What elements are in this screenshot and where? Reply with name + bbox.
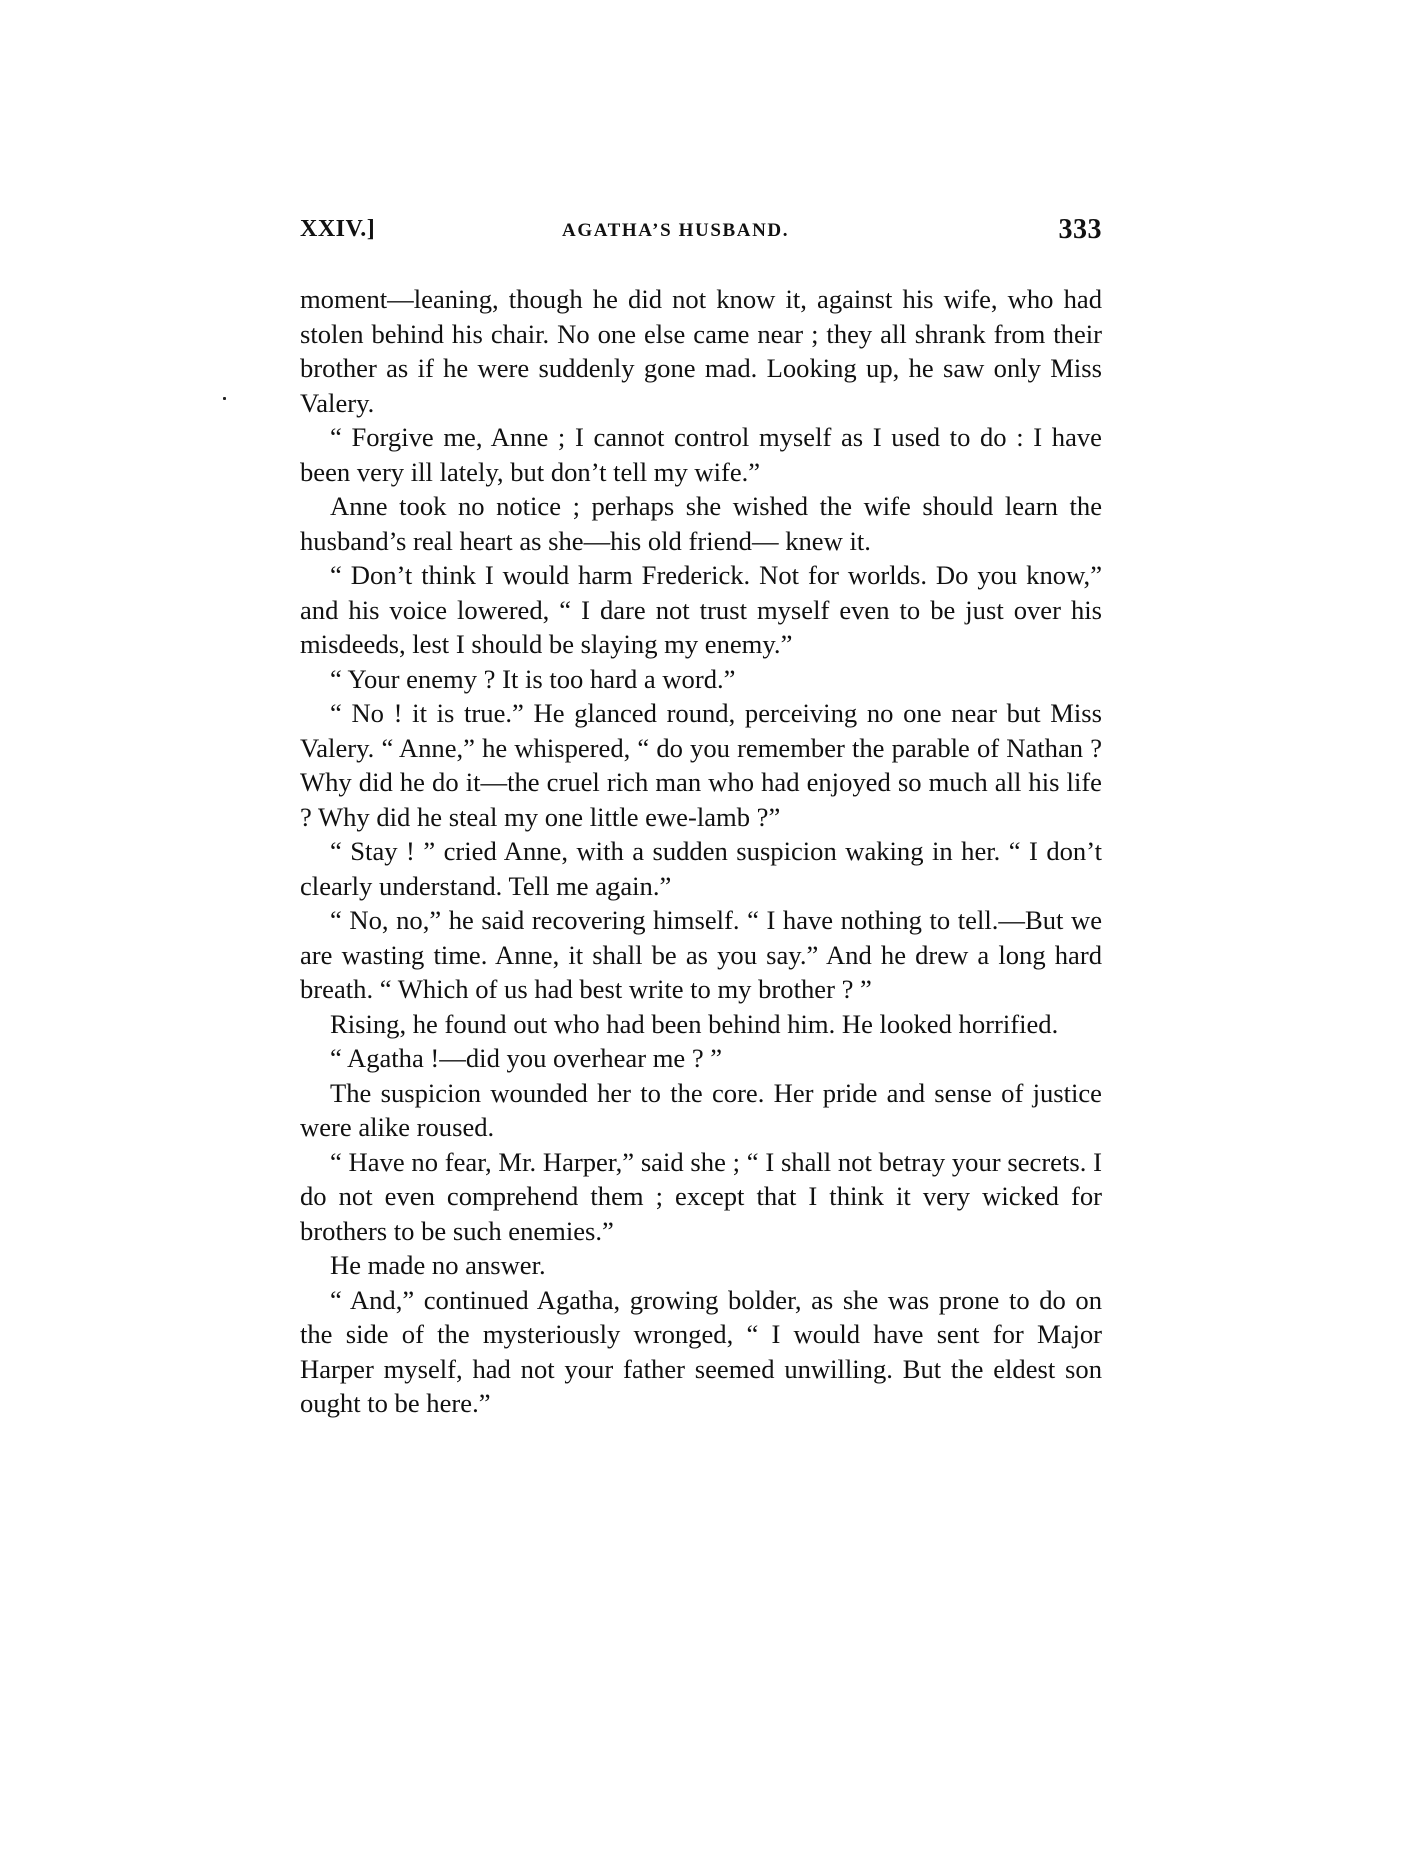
running-head: XXIV.] AGATHA’S HUSBAND. 333 (300, 214, 1102, 248)
paragraph: “ No ! it is true.” He glanced round, pe… (300, 696, 1102, 834)
body-text: moment—leaning, though he did not know i… (300, 282, 1102, 1421)
paragraph: “ Forgive me, Anne ; I cannot control my… (300, 420, 1102, 489)
running-title: AGATHA’S HUSBAND. (562, 220, 789, 242)
paragraph: “ And,” continued Agatha, growing bolder… (300, 1283, 1102, 1421)
paragraph: Rising, he found out who had been behind… (300, 1007, 1102, 1042)
paragraph: Anne took no notice ; perhaps she wished… (300, 489, 1102, 558)
paragraph: “ Agatha !—did you overhear me ? ” (300, 1041, 1102, 1076)
paragraph: “ Stay ! ” cried Anne, with a sudden sus… (300, 834, 1102, 903)
scan-speck (223, 397, 226, 400)
paragraph: “ Don’t think I would harm Frederick. No… (300, 558, 1102, 662)
scan-speck (1036, 1195, 1039, 1198)
paragraph: “ Your enemy ? It is too hard a word.” (300, 662, 1102, 697)
paragraph: “ No, no,” he said recovering himself. “… (300, 903, 1102, 1007)
paragraph: He made no answer. (300, 1248, 1102, 1283)
paragraph: “ Have no fear, Mr. Harper,” said she ; … (300, 1145, 1102, 1249)
book-page: XXIV.] AGATHA’S HUSBAND. 333 moment—lean… (0, 0, 1403, 1852)
chapter-number: XXIV.] (300, 216, 375, 243)
paragraph: The suspicion wounded her to the core. H… (300, 1076, 1102, 1145)
page-number: 333 (1059, 214, 1103, 246)
paragraph: moment—leaning, though he did not know i… (300, 282, 1102, 420)
